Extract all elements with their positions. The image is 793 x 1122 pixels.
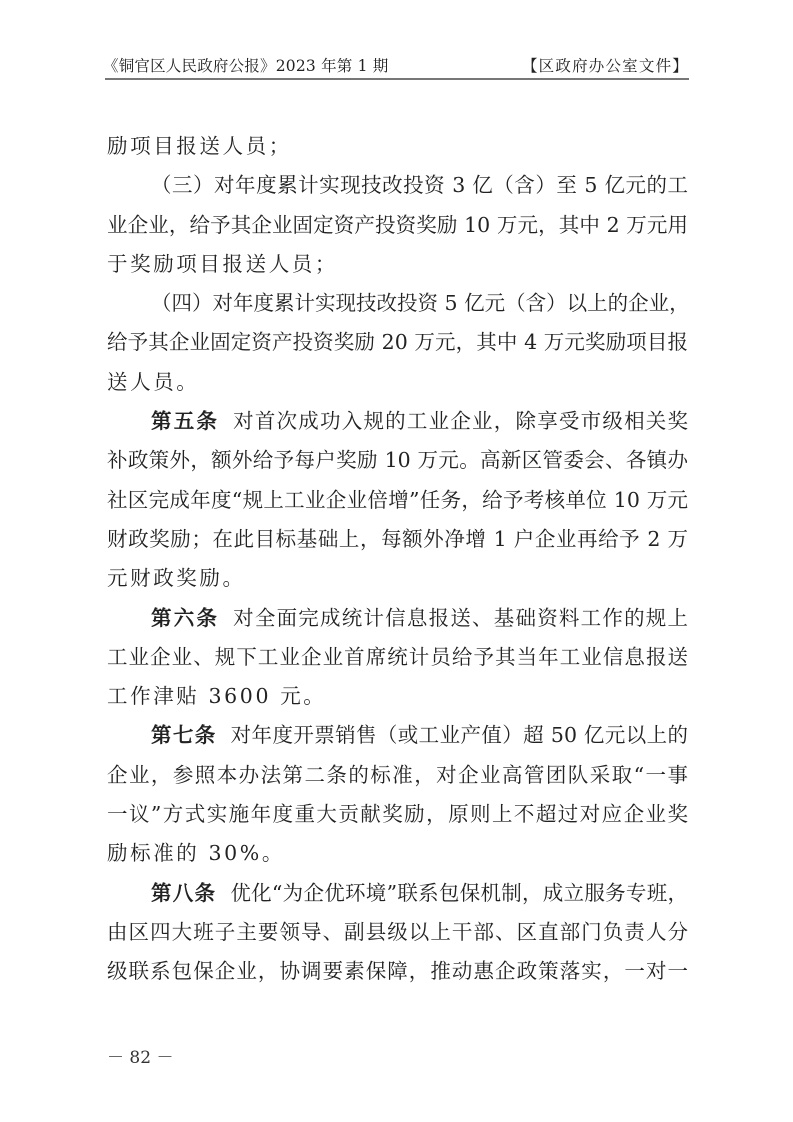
text-line: 给予其企业固定资产投资奖励 20 万元，其中 4 万元奖励项目报 xyxy=(107,327,688,366)
page-number: － 82 － xyxy=(107,1043,173,1068)
text-line: 企业，参照本办法第二条的标准，对企业高管团队采取“一事 xyxy=(107,760,688,799)
publication-title: 《铜官区人民政府公报》2023 年第 1 期 xyxy=(103,54,389,76)
article-5-first-line: 第五条对首次成功入规的工业企业，除享受市级相关奖 xyxy=(107,406,688,445)
article-6-first-line: 第六条对全面完成统计信息报送、基础资料工作的规上 xyxy=(107,603,688,642)
text-line: 优化“为企优环境”联系包保机制，成立服务专班， xyxy=(230,881,688,905)
text-line: 对全面完成统计信息报送、基础资料工作的规上 xyxy=(233,606,688,630)
text-line: 补政策外，额外给予每户奖励 10 万元。高新区管委会、各镇办 xyxy=(107,445,688,484)
text-line: （三）对年度累计实现技改投资 3 亿（含）至 5 亿元的工 xyxy=(107,170,688,209)
text-line: 财政奖励；在此目标基础上，每额外净增 1 户企业再给予 2 万 xyxy=(107,524,688,563)
text-line: 由区四大班子主要领导、副县级以上干部、区直部门负责人分 xyxy=(107,917,688,956)
text-line: 业企业，给予其企业固定资产投资奖励 10 万元，其中 2 万元用 xyxy=(107,210,688,249)
page-header: 《铜官区人民政府公报》2023 年第 1 期 【区政府办公室文件】 xyxy=(105,54,689,80)
article-title: 第六条 xyxy=(151,606,219,630)
article-title: 第五条 xyxy=(151,409,219,433)
text-line: 工作津贴 3600 元。 xyxy=(107,681,688,720)
article-title: 第八条 xyxy=(151,881,216,905)
text-line: 励项目报送人员； xyxy=(107,131,688,170)
text-line: 于奖励项目报送人员； xyxy=(107,249,688,288)
text-line: 送人员。 xyxy=(107,367,688,406)
text-line: 社区完成年度“规上工业企业倍增”任务，给予考核单位 10 万元 xyxy=(107,485,688,524)
text-line: 工业企业、规下工业企业首席统计员给予其当年工业信息报送 xyxy=(107,642,688,681)
text-line: 对首次成功入规的工业企业，除享受市级相关奖 xyxy=(233,409,688,433)
article-title: 第七条 xyxy=(151,723,217,747)
text-line: 元财政奖励。 xyxy=(107,563,688,602)
document-body: 励项目报送人员； （三）对年度累计实现技改投资 3 亿（含）至 5 亿元的工 业… xyxy=(107,131,688,996)
text-line: 对年度开票销售（或工业产值）超 50 亿元以上的 xyxy=(231,723,688,747)
text-line: （四）对年度累计实现技改投资 5 亿元（含）以上的企业， xyxy=(107,288,688,327)
text-line: 励标准的 30%。 xyxy=(107,838,688,877)
section-label: 【区政府办公室文件】 xyxy=(522,54,689,76)
article-7-first-line: 第七条对年度开票销售（或工业产值）超 50 亿元以上的 xyxy=(107,720,688,759)
article-8-first-line: 第八条优化“为企优环境”联系包保机制，成立服务专班， xyxy=(107,878,688,917)
text-line: 级联系包保企业，协调要素保障，推动惠企政策落实，一对一 xyxy=(107,956,688,995)
text-line: 一议”方式实施年度重大贡献奖励，原则上不超过对应企业奖 xyxy=(107,799,688,838)
